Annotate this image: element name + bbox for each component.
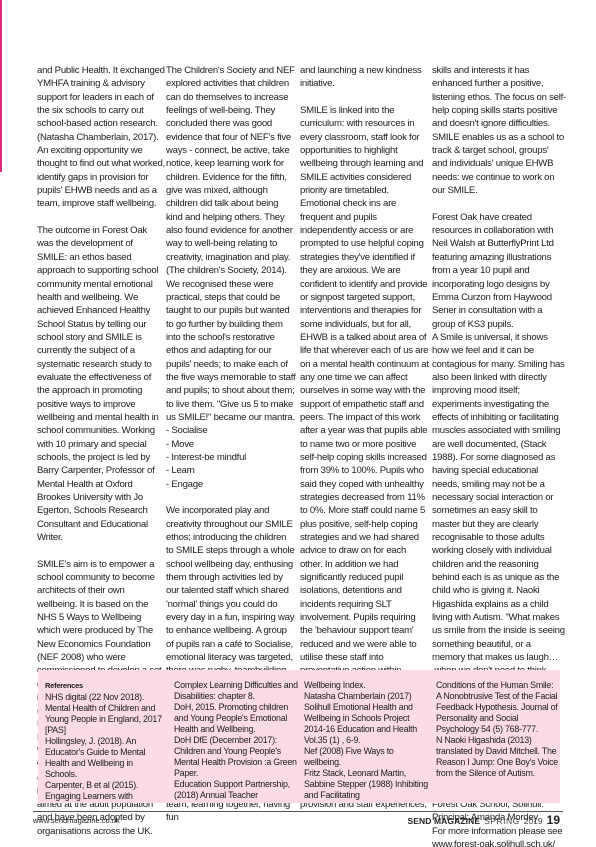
paragraph: The outcome in Forest Oak was the develo… xyxy=(37,224,165,544)
page-number: 19 xyxy=(547,813,560,827)
reference-text: NHS digital (22 Nov 2018). Mental Health… xyxy=(45,692,162,801)
references-box: References NHS digital (22 Nov 2018). Me… xyxy=(38,670,560,803)
references-heading: References xyxy=(45,681,83,690)
references-column-4: Conditions of the Human Smile: A Nonobtr… xyxy=(436,680,560,779)
accent-bar xyxy=(0,0,2,172)
references-column-2: Complex Learning Difficulties and Disabi… xyxy=(174,680,298,800)
paragraph: and launching a new kindness initiative. xyxy=(300,64,430,91)
issue-year: 2019 xyxy=(524,816,543,826)
magazine-name: SEND MAGAZINE xyxy=(408,816,481,826)
paragraph: The Children's Society and NEF explored … xyxy=(166,64,296,491)
paragraph: skills and interests it has enhanced fur… xyxy=(432,64,566,197)
paragraph: SMILE is linked into the curriculum: wit… xyxy=(300,104,430,704)
references-column-3: Wellbeing Index. Natasha Chamberlain (20… xyxy=(304,680,428,800)
footer-divider xyxy=(33,811,563,812)
footer-website[interactable]: www.sendmagazine.co.uk xyxy=(33,816,120,825)
references-column-1: References NHS digital (22 Nov 2018). Me… xyxy=(45,680,167,801)
paragraph: Forest Oak have created resources in col… xyxy=(432,211,566,745)
paragraph: and Public Health. It exchanged YMHFA tr… xyxy=(37,64,165,211)
footer-masthead: SEND MAGAZINE SPRING 2019 19 xyxy=(408,813,560,827)
issue-season: SPRING xyxy=(484,816,520,826)
